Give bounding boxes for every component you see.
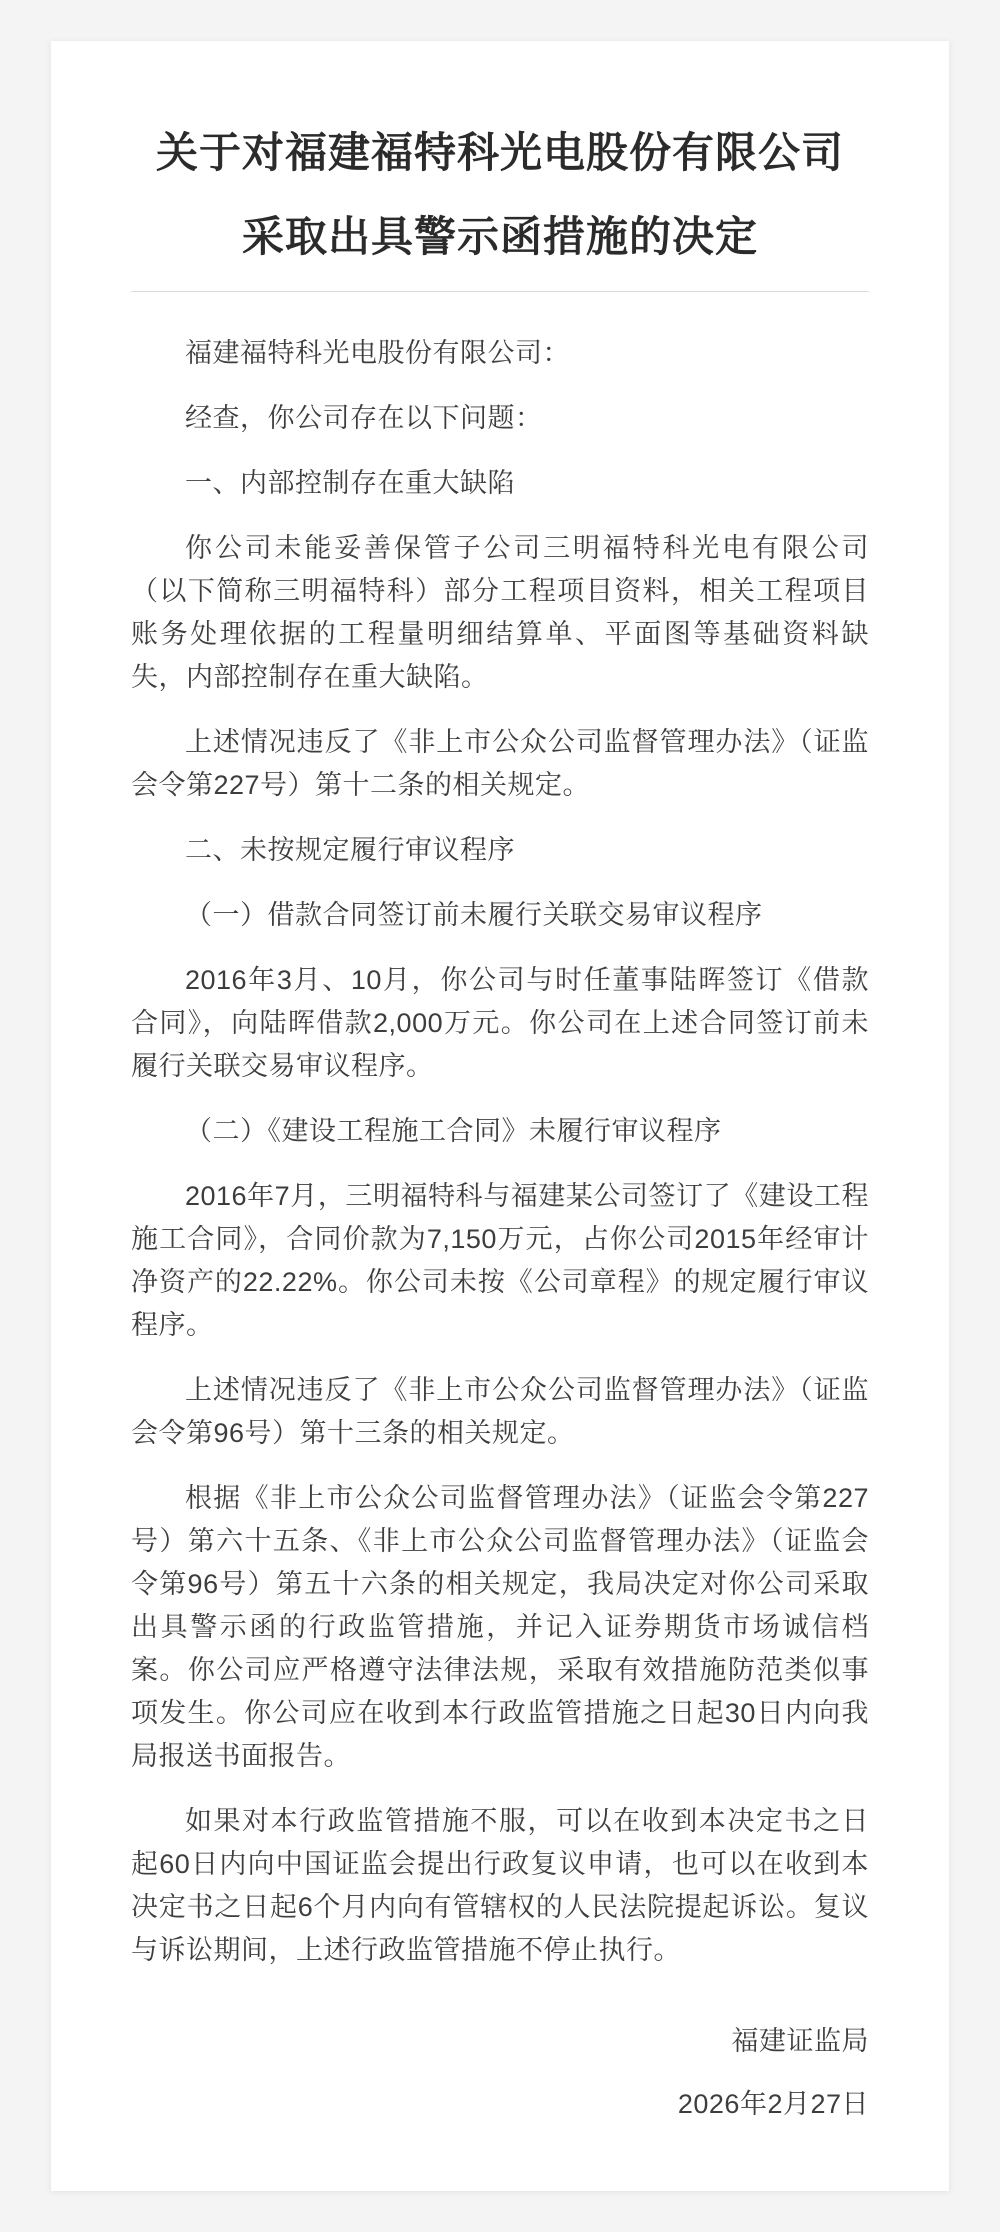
para-violation-rule-12: 上述情况违反了《非上市公众公司监督管理办法》（证监会令第227号）第十二条的相关…: [131, 721, 869, 807]
section-1-heading: 一、内部控制存在重大缺陷: [131, 462, 869, 505]
document-title: 关于对福建福特科光电股份有限公司 采取出具警示函措施的决定: [131, 111, 869, 279]
document-title-line-2: 采取出具警示函措施的决定: [242, 213, 758, 260]
para-construction-contract: 2016年7月，三明福特科与福建某公司签订了《建设工程施工合同》，合同价款为7,…: [131, 1175, 869, 1347]
para-loan-contract: 2016年3月、10月，你公司与时任董事陆晖签订《借款合同》，向陆晖借款2,00…: [131, 959, 869, 1088]
issue-date: 2026年2月27日: [131, 2083, 869, 2126]
para-violation-rule-13: 上述情况违反了《非上市公众公司监督管理办法》（证监会令第96号）第十三条的相关规…: [131, 1369, 869, 1455]
para-appeal-rights: 如果对本行政监管措施不服，可以在收到本决定书之日起60日内向中国证监会提出行政复…: [131, 1800, 869, 1972]
page-background: 关于对福建福特科光电股份有限公司 采取出具警示函措施的决定 福建福特科光电股份有…: [0, 0, 1000, 2232]
salutation: 福建福特科光电股份有限公司：: [131, 332, 869, 375]
subsection-2-2-heading: （二）《建设工程施工合同》未履行审议程序: [131, 1110, 869, 1153]
para-internal-control: 你公司未能妥善保管子公司三明福特科光电有限公司（以下简称三明福特科）部分工程项目…: [131, 527, 869, 699]
para-decision: 根据《非上市公众公司监督管理办法》（证监会令第227号）第六十五条、《非上市公众…: [131, 1477, 869, 1778]
document-card: 关于对福建福特科光电股份有限公司 采取出具警示函措施的决定 福建福特科光电股份有…: [51, 41, 949, 2191]
section-2-heading: 二、未按规定履行审议程序: [131, 829, 869, 872]
document-title-line-1: 关于对福建福特科光电股份有限公司: [156, 129, 844, 176]
subsection-2-1-heading: （一）借款合同签订前未履行关联交易审议程序: [131, 894, 869, 937]
signature-block: 福建证监局 2026年2月27日: [131, 2020, 869, 2126]
intro-paragraph: 经查，你公司存在以下问题：: [131, 397, 869, 440]
document-body: 福建福特科光电股份有限公司： 经查，你公司存在以下问题： 一、内部控制存在重大缺…: [131, 332, 869, 1972]
title-divider: [131, 291, 869, 292]
issuer-signature: 福建证监局: [131, 2020, 869, 2063]
